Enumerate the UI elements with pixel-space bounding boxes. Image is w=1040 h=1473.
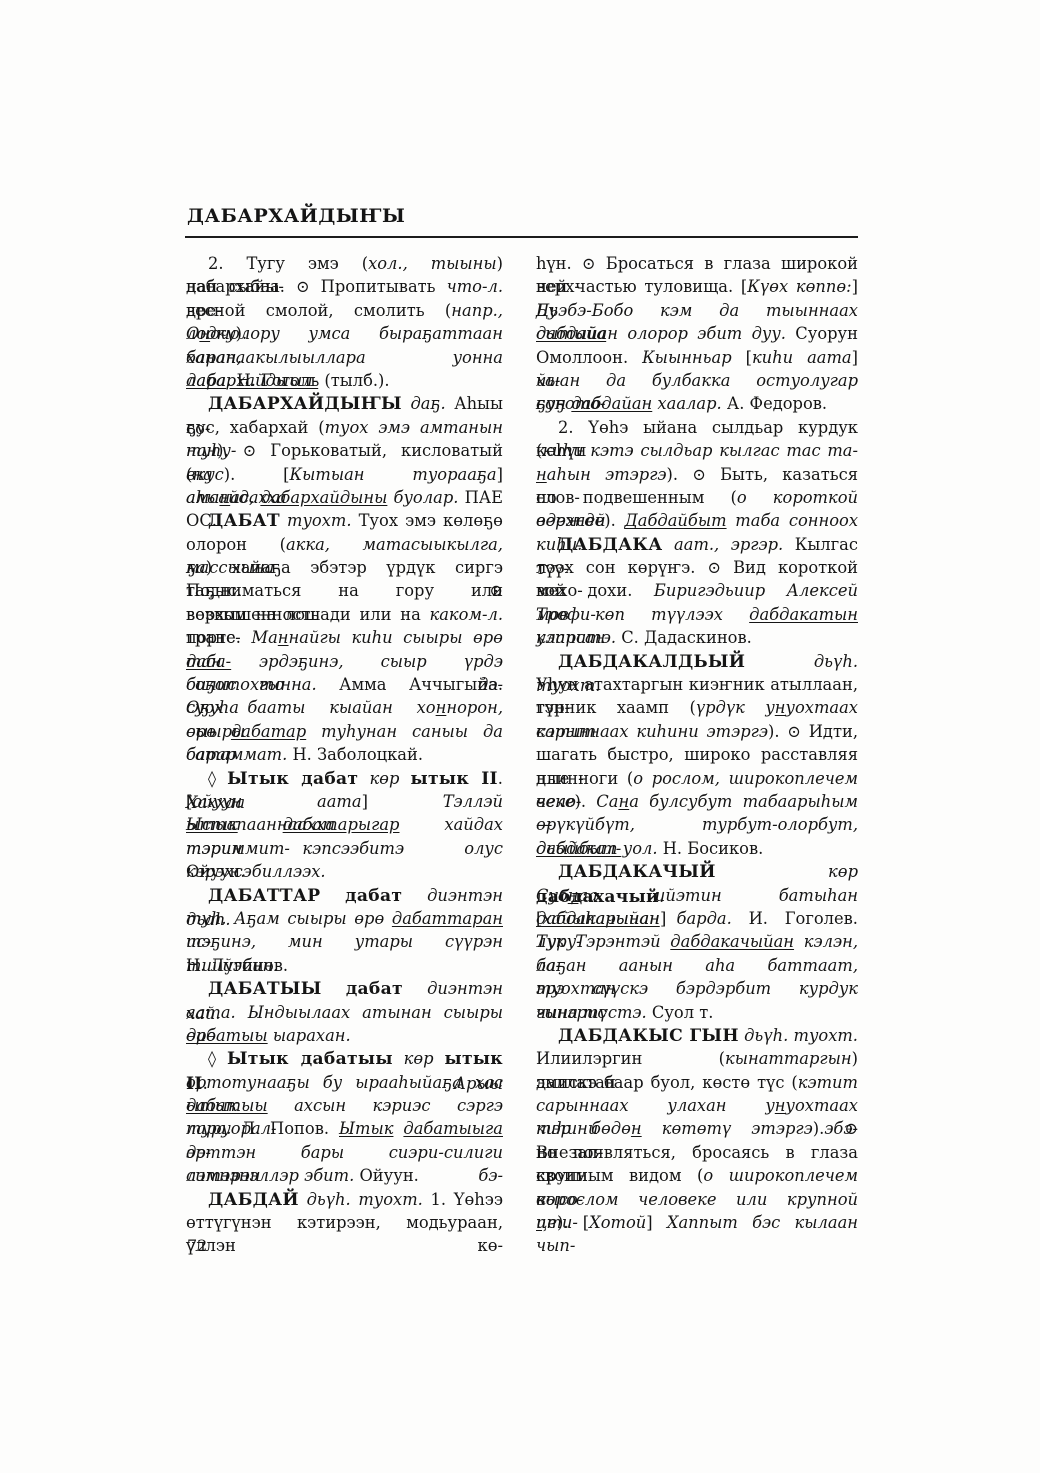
text-line: лаҕан аанын аһа баттаат, туохтан — [536, 954, 858, 977]
text-line: Илиилэргин (кынаттаргын) даллатан — [536, 1047, 858, 1070]
text-line: сытыйан олорор эбит дуу. Суорун — [536, 322, 858, 345]
text-line: ортотунааҕы бу ырааһыйаҕа хас ытык — [186, 1071, 503, 1094]
text-line: һүн. ⊙ Бросаться в глаза широкой верх- — [536, 252, 858, 275]
text-line: Уһун атахтаргын киэҥник атыллаан, түр- — [536, 673, 858, 696]
text-line: Дьэбэ-Бобо кэм да тыыннаах дабдайа — [536, 299, 858, 322]
text-line: олорон (акка, матасыыкылга, массыына- — [186, 533, 503, 556]
text-line: гэнник хаамп (үрдүк унуохтаах кэтит — [536, 696, 858, 719]
text-line: ДАБДАКАЧЫЙ көр дабдахачый. — [536, 860, 858, 883]
text-line: ДАБДАКА аат., эргэр. Кылгас түү- — [536, 533, 858, 556]
text-line: ытык дабатарыгар хайдах тэриммит- — [186, 813, 503, 836]
text-line: порте. Маннайгы киһи сыыры өрө даба- — [186, 626, 503, 649]
text-line: тэрин кэпсээбитэ олус кэрэхсэбиллээх. — [186, 837, 503, 860]
running-head: ДАБАРХАЙДЫҤЫ — [187, 205, 405, 227]
text-line: ДАБДАЙ дьүһ. туохт. 1. Үөһээ — [186, 1188, 503, 1211]
text-line: ◊ Ытык дабатыы көр ытык II. Арыы — [186, 1047, 503, 1070]
text-line: ханапаакылыыллара уонна дабархайдыыл- — [186, 346, 503, 369]
text-line: сарыннаах киһини этэргэ). ⊙ Идти, — [536, 720, 858, 743]
text-line: ные ноги (о рослом, широкоплечем чело- — [536, 767, 858, 790]
text-line: ДАБАТ туохт. Туох эмэ көлөҕө — [186, 509, 503, 532]
text-line: ҕун дабдайан хаалар. А. Федоров. — [536, 392, 858, 415]
text-line: наһын этэргэ). ⊙ Быть, казаться слов- — [536, 463, 858, 486]
text-line: кэппитэ. С. Дадаскинов. — [536, 626, 858, 649]
text-line: ДАБАТЫЫ дабат диэнтэн хай. — [186, 977, 503, 1000]
text-line: шагать быстро, широко расставляя длин- — [536, 743, 858, 766]
text-line: тан эрдэҕинэ, сыыр үрдэ соҕотохто дэ- — [186, 650, 503, 673]
text-line: йыан да булбакка остуолугар соҕото- — [536, 369, 858, 392]
text-line: билис гынна. Амма Аччыгыйа. Оҕуһа — [186, 673, 503, 696]
text-line: (киһи кэтэ сылдьар кылгас тас та- — [536, 439, 858, 462]
text-line: нан). ⊙ Горьковатый, кисловатый (на — [186, 439, 503, 462]
text-line: корослом человеке или крупной пти- — [536, 1188, 858, 1211]
text-line: эрэ сүүскэ бэрдэрбит курдук чинэрис — [536, 977, 858, 1000]
text-line: вкус). [Кытыан туорааҕа] амсайдахха — [186, 463, 503, 486]
text-line: суох бааты кыайан хоннорон, сыыры — [186, 696, 503, 719]
text-line: сарыннаах улахан унуохтаах киһини эбэ- — [536, 1094, 858, 1117]
text-line: сатаммат. Н. Заболоцкай. — [186, 743, 503, 766]
text-column-left: 2. Тугу эмэ (хол., тыыны) дабархайы-нан … — [186, 252, 503, 1234]
text-line: ней частью туловища. [Күөх көппө:] Бу — [536, 275, 858, 298]
text-line: ҕус, хабархай (туох эмэ амтанын туһу- — [186, 416, 503, 439]
text-line: крупным видом (о широкоплечем высо- — [536, 1164, 858, 1187]
text-line: дабатыы ыарахан. — [186, 1024, 503, 1047]
text-line: весной смолой, смолить (напр., лодку). — [186, 299, 503, 322]
text-line: дьыйбыт уол. Н. Босиков. — [536, 837, 858, 860]
text-line: Н. Лугинов. — [186, 954, 503, 977]
text-line: 2. Тугу эмэ (хол., тыыны) дабархайы- — [186, 252, 503, 275]
text-line: ДАБАТТАР дабат диэнтэн дьаһ. — [186, 884, 503, 907]
text-line: Суонаа ийэтин батыһан [хайыһарынан] — [536, 884, 858, 907]
text-line: но появляться, бросаясь в глаза своим — [536, 1141, 858, 1164]
text-line: нан сыбаа. ⊙ Пропитывать что-л. дре- — [186, 275, 503, 298]
text-line: мов көп түүлээх дабдакатын уларсан — [536, 603, 858, 626]
text-line: тэр бөдөн көтөтү этэргэ). ⊙ Внезап- — [536, 1117, 858, 1140]
text-line: ДАБДАКАЛДЬЫЙ дьүһ. туохт. — [536, 650, 858, 673]
text-line: өрө дабатар туһунан саныы да барар — [186, 720, 503, 743]
text-line: Омоллоон. Кыынньар [киһи аата] ха- — [536, 346, 858, 369]
text-line: ◊ Ытык дабат көр ытык II. Хаххаа — [186, 767, 503, 790]
page-number: 72 — [187, 1236, 207, 1255]
text-line: аата. Ындыылаах атынан сыыры өрө — [186, 1001, 503, 1024]
text-line: ДАБДАКЫС ГЫН дьүһ. туохт. — [536, 1024, 858, 1047]
text-line: ҕа) хайаҕа эбэтэр үрдүк сиргэ таҕыс. ⊙ — [186, 556, 503, 579]
text-line: одежде). Дабдайбыт таба сонноох киһи. — [536, 509, 858, 532]
text-column-right: һүн. ⊙ Бросаться в глаза широкой верх-не… — [536, 252, 858, 1234]
text-line: лук Тэрэнтэй дабдакачыйан кэлэн, ба- — [536, 930, 858, 953]
text-line: ДАБАРХАЙДЫҤЫ даҕ. Аһыы со- — [186, 392, 503, 415]
text-line: өрүкүйбүт, турбут-олорбут, дабдакал- — [536, 813, 858, 836]
text-line: Ойуун. — [186, 860, 503, 883]
text-line: дабдакачыйан барда. И. Гоголев. Туру- — [536, 907, 858, 930]
text-line: өттүгүнэн кэтирээн, модьураан, үллэн кө- — [186, 1211, 503, 1234]
text-line: це). [Хотой] Хаппыт бэс кылаан чып- — [536, 1211, 858, 1234]
text-line: вой дохи. Биригэдьиир Алексей Трофи- — [536, 579, 858, 602]
text-line: но подвешенным (о короткой верхней — [536, 486, 858, 509]
text-line: тэҕинэ, мин утары сүүрэн тиийэбин. — [186, 930, 503, 953]
text-line: лара. Л. Попов. Ытык дабатыыга эр- — [186, 1117, 503, 1140]
text-line: [ойуун аата] Тэллэй Ыстапааннаахха — [186, 790, 503, 813]
text-line: дэттэн бары сиэри-силиги ситэрэн бэ- — [186, 1141, 503, 1164]
text-line: верхом на лошади или на каком-л. транс- — [186, 603, 503, 626]
text-line: Подниматься на гору или возвышенность — [186, 579, 503, 602]
text-line: дабатыы ахсын кэриэс сэргэ туруорал- — [186, 1094, 503, 1117]
text-line: веке). Сана булсубут табаарыһым — — [536, 790, 858, 813]
text-line: лара. Н. Гоголь (тылб.). — [186, 369, 503, 392]
text-line: лээх сон көрүҥэ. ⊙ Вид короткой мехо- — [536, 556, 858, 579]
header-rule — [185, 236, 858, 238]
text-line: Оночолору умса быраҕаттаан баран, — [186, 322, 503, 345]
text-line: гына түстэ. Суол т. — [536, 1001, 858, 1024]
dictionary-page: ДАБАРХАЙДЫҤЫ 2. Тугу эмэ (хол., тыыны) д… — [0, 0, 1040, 1473]
text-line: туһ. Аҕам сыыры өрө дабаттаран ис- — [186, 907, 503, 930]
text-line: эмискэ баар буол, көстө түс (кэтит — [536, 1071, 858, 1094]
text-line: 2. Үөһэ ыйана сылдьар курдук көһүн — [536, 416, 858, 439]
text-line: аһынас, дабархайдыны буолар. ПАЕ ОС. — [186, 486, 503, 509]
